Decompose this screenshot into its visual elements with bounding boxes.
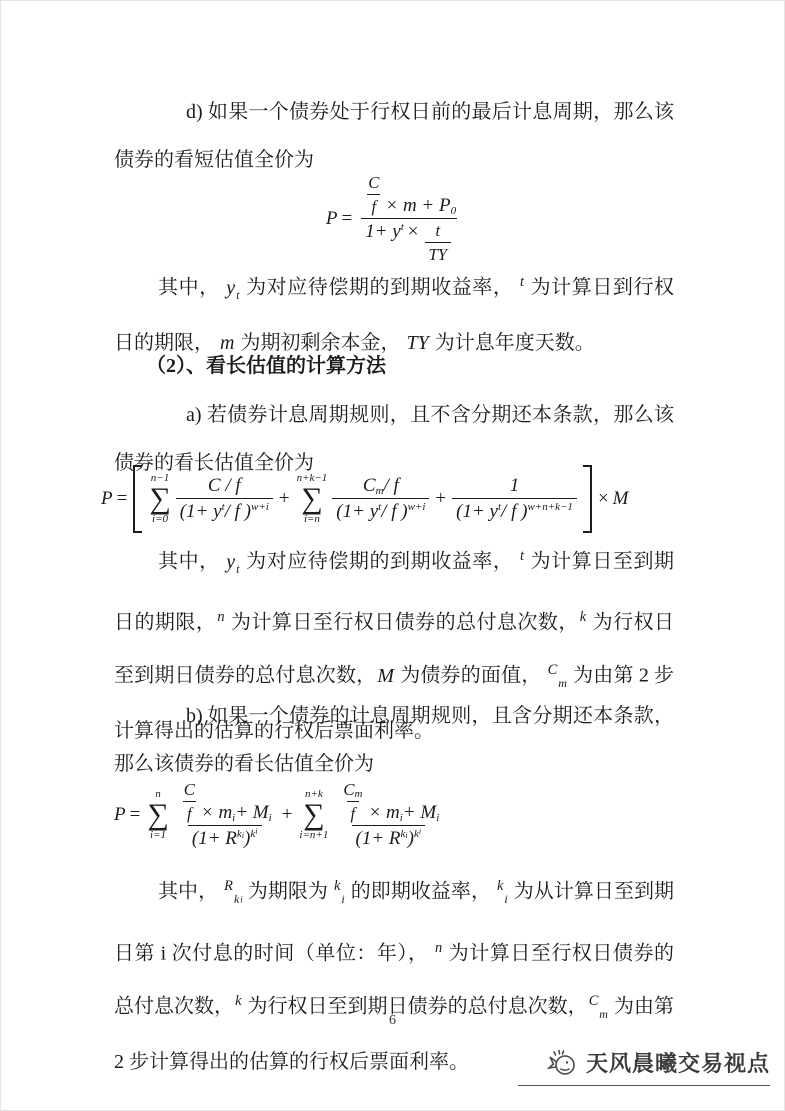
paragraph-d: d) 如果一个债券处于行权日前的最后计息周期，那么该债券的看短估值全价为 xyxy=(114,88,674,184)
fraction-1: C f × mi + Mi (1+ Rki)ki xyxy=(174,780,276,850)
whale-logo-icon xyxy=(546,1048,580,1078)
sigma-2: n+k−1 ∑ i=n xyxy=(297,472,328,526)
footer-brand: 天风晨曦交易视点 xyxy=(518,1047,770,1086)
formula-long-amortization: P = n ∑ i=1 C f × mi + Mi (1+ Rki)ki + n… xyxy=(114,769,674,861)
main-fraction: C f × m + P0 1+ yt × t TY xyxy=(358,173,460,265)
sigma-1: n ∑ i=1 xyxy=(147,788,168,842)
sigma-2: n+k ∑ i=n+1 xyxy=(299,788,328,842)
fraction-c-over-f: C f xyxy=(180,780,199,824)
fraction-2: Cm f × mi + Mi (1+ Rki)ki xyxy=(333,780,443,850)
paragraph-d-text: d) 如果一个债券处于行权日前的最后计息周期，那么该债券的看短估值全价为 xyxy=(114,88,674,184)
fraction-cm-over-f: Cm f xyxy=(339,780,366,824)
left-bracket xyxy=(133,465,142,533)
section-heading-2-text: （2）、看长估值的计算方法 xyxy=(114,342,674,390)
fraction-2: Cm / f (1+ yt / f )w+i xyxy=(332,475,429,523)
footer-brand-text: 天风晨曦交易视点 xyxy=(586,1047,770,1078)
formula-lhs: P xyxy=(101,488,113,510)
right-bracket xyxy=(583,465,592,533)
page-number: 6 xyxy=(1,1013,784,1029)
fraction-c-over-f: C f xyxy=(364,173,383,217)
fraction-3: 1 (1+ yt / f )w+n+k−1 xyxy=(452,475,577,523)
formula-lhs: P xyxy=(114,804,126,826)
formula-lhs: P xyxy=(326,208,338,230)
formula-long-no-amortization: P = n−1 ∑ i=0 C / f (1+ yt / f )w+i + n+… xyxy=(101,465,701,533)
document-page: d) 如果一个债券处于行权日前的最后计息周期，那么该债券的看短估值全价为 P =… xyxy=(0,0,785,1111)
formula-short-valuation: P = C f × m + P0 1+ yt × t TY xyxy=(114,176,674,262)
fraction-1: C / f (1+ yt / f )w+i xyxy=(176,475,273,523)
sigma-1: n−1 ∑ i=0 xyxy=(149,472,170,526)
section-heading-2: （2）、看长估值的计算方法 xyxy=(114,342,674,390)
